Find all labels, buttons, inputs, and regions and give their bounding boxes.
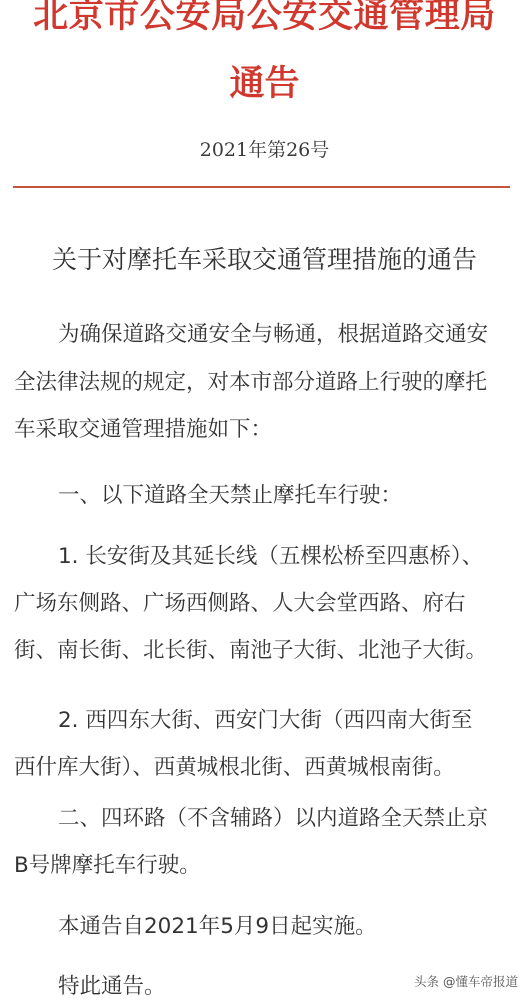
text-line: 全法律法规的规定，对本市部分道路上行驶的摩托 (14, 368, 487, 398)
header-divider (13, 186, 510, 188)
text-line: B号牌摩托车行驶。 (14, 851, 201, 881)
document-number: 2021年第26号 (0, 136, 529, 164)
effective-date-statement: 本通告自2021年5月9日起实施。 (58, 912, 377, 942)
closing-statement: 特此通告。 (58, 972, 166, 1000)
text-line: 二、四环路（不含辅路）以内道路全天禁止京 (58, 804, 488, 834)
section-one-heading: 一、以下道路全天禁止摩托车行驶： (58, 481, 402, 511)
text-line: 为确保道路交通安全与畅通，根据道路交通安 (58, 320, 488, 350)
text-line: 街、南长街、北长街、南池子大街、北池子大街。 (14, 636, 487, 666)
text-line: 2. 西四东大街、西安门大街（西四南大街至 (58, 706, 472, 736)
text-line: 广场东侧路、广场西侧路、人大会堂西路、府右 (14, 589, 466, 619)
text-line: 车采取交通管理措施如下： (14, 415, 272, 445)
source-watermark: 头条 @懂车帝报道 (414, 973, 518, 991)
text-line: 1. 长安街及其延长线（五棵松桥至四惠桥）、 (58, 542, 483, 572)
text-line: 西什库大街）、西黄城根北街、西黄城根南街。 (14, 753, 455, 783)
issuing-organization-title: 北京市公安局公安交通管理局 (0, 0, 529, 39)
document-type-heading: 通告 (0, 61, 529, 107)
notice-subject-title: 关于对摩托车采取交通管理措施的通告 (0, 243, 529, 277)
